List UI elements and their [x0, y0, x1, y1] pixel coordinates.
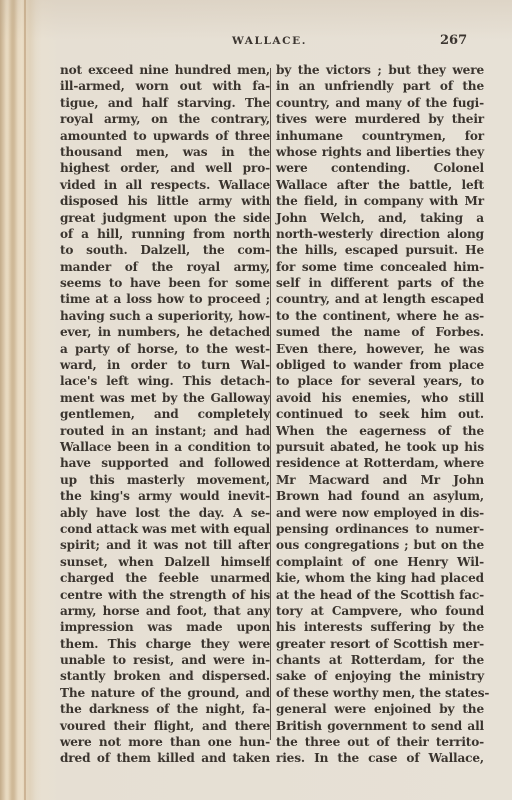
text-line: royal army, on the contrary,: [60, 111, 270, 127]
text-line: were contending. Colonel: [276, 160, 484, 176]
text-line: vided in all respects. Wallace: [60, 177, 270, 193]
text-line: charged the feeble unarmed: [60, 570, 270, 586]
text-line: up this masterly movement,: [60, 472, 270, 488]
text-line: British government to send all: [276, 718, 484, 734]
book-spine-gutter: [0, 0, 42, 800]
text-line: the hills, escaped pursuit. He: [276, 242, 484, 258]
text-line: ill-armed, worn out with fa-: [60, 78, 270, 94]
text-line: The nature of the ground, and: [60, 685, 270, 701]
column-rule: [270, 68, 271, 740]
spine-crease: [24, 0, 26, 800]
text-line: chants at Rotterdam, for the: [276, 652, 484, 668]
text-line: Mr Macward and Mr John: [276, 472, 484, 488]
text-line: continued to seek him out.: [276, 406, 484, 422]
book-page: WALLACE. 267 not exceed nine hundred men…: [0, 0, 512, 800]
text-line: When the eagerness of the: [276, 423, 484, 439]
text-line: tory at Campvere, who found: [276, 603, 484, 619]
text-line: centre with the strength of his: [60, 587, 270, 603]
text-line: avoid his enemies, who still: [276, 390, 484, 406]
text-line: whose rights and liberties they: [276, 144, 484, 160]
text-line: greater resort of Scottish mer-: [276, 636, 484, 652]
text-line: having such a superiority, how-: [60, 308, 270, 324]
text-line: the darkness of the night, fa-: [60, 701, 270, 717]
text-line: and were now employed in dis-: [276, 505, 484, 521]
text-line: dred of them killed and taken: [60, 750, 270, 766]
text-line: stantly broken and dispersed.: [60, 668, 270, 684]
text-line: have supported and followed: [60, 455, 270, 471]
text-line: ous congregations ; but on the: [276, 537, 484, 553]
text-line: to the continent, where he as-: [276, 308, 484, 324]
text-line: the king's army would inevit-: [60, 488, 270, 504]
text-line: general were enjoined by the: [276, 701, 484, 717]
text-line: not exceed nine hundred men,: [60, 62, 270, 78]
page-header: WALLACE. 267: [0, 33, 512, 53]
text-line: ably have lost the day. A se-: [60, 505, 270, 521]
text-line: army, horse and foot, that any: [60, 603, 270, 619]
text-line: pursuit abated, he took up his: [276, 439, 484, 455]
text-line: pensing ordinances to numer-: [276, 521, 484, 537]
text-line: mander of the royal army,: [60, 259, 270, 275]
text-line: tigue, and half starving. The: [60, 95, 270, 111]
text-line: Wallace after the battle, left: [276, 177, 484, 193]
text-line: great judgment upon the side: [60, 210, 270, 226]
text-line: impression was made upon: [60, 619, 270, 635]
text-line: sake of enjoying the ministry: [276, 668, 484, 684]
text-line: ward, in order to turn Wal-: [60, 357, 270, 373]
text-line: them. This charge they were: [60, 636, 270, 652]
text-line: north-westerly direction along: [276, 226, 484, 242]
text-line: ries. In the case of Wallace,: [276, 750, 484, 766]
page-number: 267: [440, 33, 467, 48]
text-line: for some time concealed him-: [276, 259, 484, 275]
text-line: obliged to wander from place: [276, 357, 484, 373]
text-line: John Welch, and, taking a: [276, 210, 484, 226]
text-line: country, and at length escaped: [276, 291, 484, 307]
text-line: a party of horse, to the west-: [60, 341, 270, 357]
text-line: at the head of the Scottish fac-: [276, 587, 484, 603]
text-line: his interests suffering by the: [276, 619, 484, 635]
text-line: spirit; and it was not till after: [60, 537, 270, 553]
text-line: country, and many of the fugi-: [276, 95, 484, 111]
text-line: routed in an instant; and had: [60, 423, 270, 439]
text-line: were not more than one hun-: [60, 734, 270, 750]
text-line: ever, in numbers, he detached: [60, 324, 270, 340]
text-line: Brown had found an asylum,: [276, 488, 484, 504]
text-line: Wallace been in a condition to: [60, 439, 270, 455]
text-line: complaint of one Henry Wil-: [276, 554, 484, 570]
text-line: ment was met by the Galloway: [60, 390, 270, 406]
text-line: to place for several years, to: [276, 373, 484, 389]
text-line: by the victors ; but they were: [276, 62, 484, 78]
text-line: residence at Rotterdam, where: [276, 455, 484, 471]
right-column: by the victors ; but they werein an unfr…: [276, 62, 484, 767]
text-line: sunset, when Dalzell himself: [60, 554, 270, 570]
text-line: thousand men, was in the: [60, 144, 270, 160]
left-column: not exceed nine hundred men,ill-armed, w…: [60, 62, 270, 767]
text-line: lace's left wing. This detach-: [60, 373, 270, 389]
text-line: the field, in company with Mr: [276, 193, 484, 209]
text-line: seems to have been for some: [60, 275, 270, 291]
text-line: of these worthy men, the states-: [276, 685, 484, 701]
text-line: disposed his little army with: [60, 193, 270, 209]
text-line: unable to resist, and were in-: [60, 652, 270, 668]
text-line: self in different parts of the: [276, 275, 484, 291]
text-line: time at a loss how to proceed ;: [60, 291, 270, 307]
text-line: Even there, however, he was: [276, 341, 484, 357]
text-line: amounted to upwards of three: [60, 128, 270, 144]
text-line: sumed the name of Forbes.: [276, 324, 484, 340]
text-line: gentlemen, and completely: [60, 406, 270, 422]
text-line: tives were murdered by their: [276, 111, 484, 127]
text-line: kie, whom the king had placed: [276, 570, 484, 586]
text-line: inhumane countrymen, for: [276, 128, 484, 144]
text-line: in an unfriendly part of the: [276, 78, 484, 94]
text-line: cond attack was met with equal: [60, 521, 270, 537]
running-head: WALLACE.: [232, 35, 307, 47]
text-line: of a hill, running from north: [60, 226, 270, 242]
text-line: the three out of their territo-: [276, 734, 484, 750]
text-line: highest order, and well pro-: [60, 160, 270, 176]
text-line: to south. Dalzell, the com-: [60, 242, 270, 258]
text-line: voured their flight, and there: [60, 718, 270, 734]
